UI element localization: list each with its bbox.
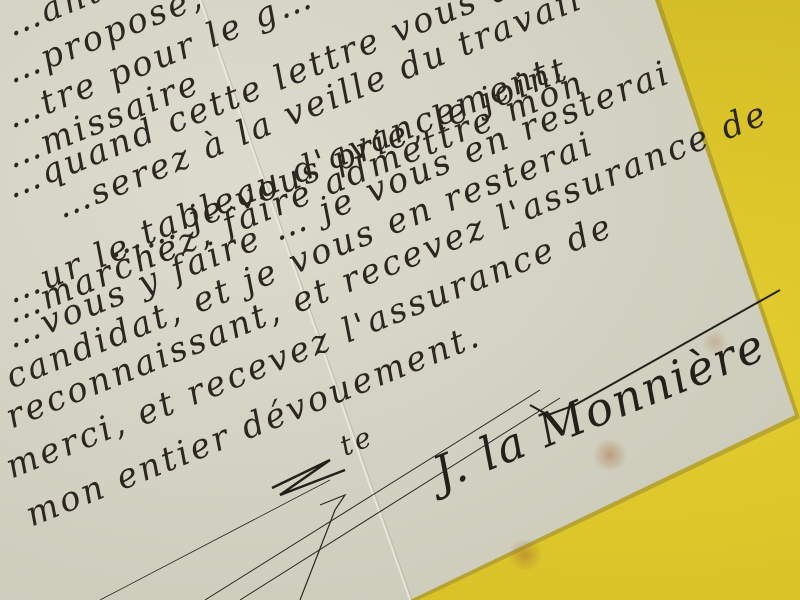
signature-flourish: [0, 0, 800, 600]
